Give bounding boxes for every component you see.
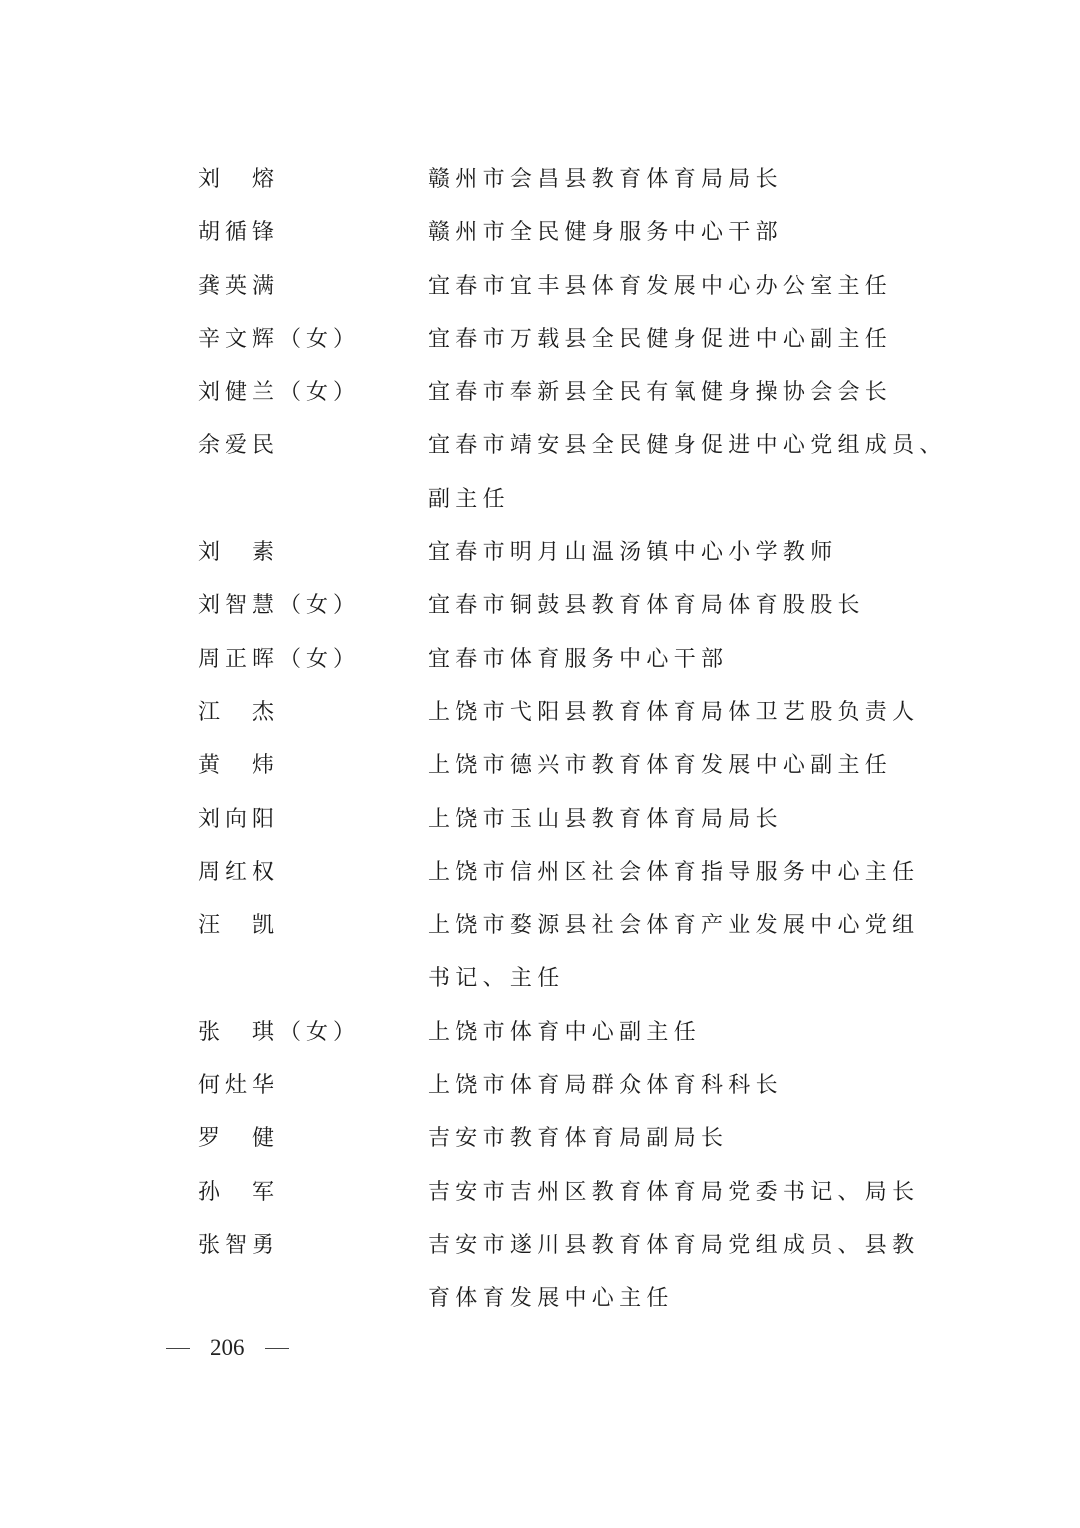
person-name: 周正晖（女） — [198, 633, 360, 686]
person-name: 刘 素 — [198, 526, 279, 579]
document-page: 刘 熔赣州市会昌县教育体育局局长胡循锋赣州市全民健身服务中心干部龚英满宜春市宜丰… — [0, 0, 1080, 1528]
entry-line: 刘智慧（女）宜春市铜鼓县教育体育局体育股股长 — [0, 579, 1080, 632]
person-name: 张 琪（女） — [198, 1006, 360, 1059]
entry-line: 龚英满宜春市宜丰县体育发展中心办公室主任 — [0, 260, 1080, 313]
entry-line: 刘健兰（女）宜春市奉新县全民有氧健身操协会会长 — [0, 366, 1080, 419]
person-position: 育体育发展中心主任 — [428, 1272, 674, 1325]
person-position: 上饶市弋阳县教育体育局体卫艺股负责人 — [428, 686, 919, 739]
list-item: 汪 凯上饶市婺源县社会体育产业发展中心党组书记、主任 — [0, 899, 1080, 1006]
list-item: 周红权上饶市信州区社会体育指导服务中心主任 — [0, 846, 1080, 899]
entry-line: 胡循锋赣州市全民健身服务中心干部 — [0, 206, 1080, 259]
entry-line: 何灶华上饶市体育局群众体育科科长 — [0, 1059, 1080, 1112]
list-item: 孙 军吉安市吉州区教育体育局党委书记、局长 — [0, 1166, 1080, 1219]
list-item: 何灶华上饶市体育局群众体育科科长 — [0, 1059, 1080, 1112]
person-name: 刘健兰（女） — [198, 366, 360, 419]
person-name: 汪 凯 — [198, 899, 279, 952]
list-item: 龚英满宜春市宜丰县体育发展中心办公室主任 — [0, 260, 1080, 313]
list-item: 刘健兰（女）宜春市奉新县全民有氧健身操协会会长 — [0, 366, 1080, 419]
list-item: 刘 素宜春市明月山温汤镇中心小学教师 — [0, 526, 1080, 579]
list-item: 张 琪（女）上饶市体育中心副主任 — [0, 1006, 1080, 1059]
person-name: 刘 熔 — [198, 153, 279, 206]
person-position: 吉安市遂川县教育体育局党组成员、县教 — [428, 1219, 919, 1272]
list-item: 刘智慧（女）宜春市铜鼓县教育体育局体育股股长 — [0, 579, 1080, 632]
person-position: 宜春市靖安县全民健身促进中心党组成员、 — [428, 419, 947, 472]
list-item: 周正晖（女）宜春市体育服务中心干部 — [0, 633, 1080, 686]
person-name: 江 杰 — [198, 686, 279, 739]
person-name: 黄 炜 — [198, 739, 279, 792]
list-item: 余爱民宜春市靖安县全民健身促进中心党组成员、副主任 — [0, 419, 1080, 526]
page-footer: 206 — [166, 1333, 289, 1363]
person-position: 副主任 — [428, 473, 510, 526]
person-position: 宜春市铜鼓县教育体育局体育股股长 — [428, 579, 865, 632]
person-name: 周红权 — [198, 846, 279, 899]
person-position: 宜春市体育服务中心干部 — [428, 633, 728, 686]
entry-line: 孙 军吉安市吉州区教育体育局党委书记、局长 — [0, 1166, 1080, 1219]
entry-line: 育体育发展中心主任 — [0, 1272, 1080, 1325]
person-position: 宜春市万载县全民健身促进中心副主任 — [428, 313, 892, 366]
entry-line: 刘 素宜春市明月山温汤镇中心小学教师 — [0, 526, 1080, 579]
person-name: 孙 军 — [198, 1166, 279, 1219]
person-name: 龚英满 — [198, 260, 279, 313]
footer-dash-left — [166, 1348, 190, 1349]
person-name: 张智勇 — [198, 1219, 279, 1272]
entry-line: 刘向阳上饶市玉山县教育体育局局长 — [0, 793, 1080, 846]
person-position: 赣州市全民健身服务中心干部 — [428, 206, 783, 259]
entry-line: 刘 熔赣州市会昌县教育体育局局长 — [0, 153, 1080, 206]
entry-line: 汪 凯上饶市婺源县社会体育产业发展中心党组 — [0, 899, 1080, 952]
list-item: 辛文辉（女）宜春市万载县全民健身促进中心副主任 — [0, 313, 1080, 366]
person-name: 辛文辉（女） — [198, 313, 360, 366]
person-position: 宜春市明月山温汤镇中心小学教师 — [428, 526, 838, 579]
person-position: 赣州市会昌县教育体育局局长 — [428, 153, 783, 206]
entry-line: 副主任 — [0, 473, 1080, 526]
personnel-list: 刘 熔赣州市会昌县教育体育局局长胡循锋赣州市全民健身服务中心干部龚英满宜春市宜丰… — [0, 153, 1080, 1326]
entry-line: 余爱民宜春市靖安县全民健身促进中心党组成员、 — [0, 419, 1080, 472]
entry-line: 张智勇吉安市遂川县教育体育局党组成员、县教 — [0, 1219, 1080, 1272]
person-position: 上饶市玉山县教育体育局局长 — [428, 793, 783, 846]
entry-line: 辛文辉（女）宜春市万载县全民健身促进中心副主任 — [0, 313, 1080, 366]
list-item: 黄 炜上饶市德兴市教育体育发展中心副主任 — [0, 739, 1080, 792]
list-item: 刘向阳上饶市玉山县教育体育局局长 — [0, 793, 1080, 846]
person-position: 吉安市吉州区教育体育局党委书记、局长 — [428, 1166, 919, 1219]
person-position: 上饶市婺源县社会体育产业发展中心党组 — [428, 899, 919, 952]
person-name: 胡循锋 — [198, 206, 279, 259]
footer-dash-right — [265, 1348, 289, 1349]
entry-line: 周正晖（女）宜春市体育服务中心干部 — [0, 633, 1080, 686]
person-position: 书记、主任 — [428, 952, 565, 1005]
person-position: 上饶市体育局群众体育科科长 — [428, 1059, 783, 1112]
page-number: 206 — [210, 1333, 245, 1363]
entry-line: 江 杰上饶市弋阳县教育体育局体卫艺股负责人 — [0, 686, 1080, 739]
person-name: 何灶华 — [198, 1059, 279, 1112]
entry-line: 罗 健吉安市教育体育局副局长 — [0, 1112, 1080, 1165]
person-position: 上饶市体育中心副主任 — [428, 1006, 701, 1059]
list-item: 胡循锋赣州市全民健身服务中心干部 — [0, 206, 1080, 259]
person-position: 上饶市德兴市教育体育发展中心副主任 — [428, 739, 892, 792]
entry-line: 黄 炜上饶市德兴市教育体育发展中心副主任 — [0, 739, 1080, 792]
person-name: 刘智慧（女） — [198, 579, 360, 632]
list-item: 罗 健吉安市教育体育局副局长 — [0, 1112, 1080, 1165]
person-position: 宜春市宜丰县体育发展中心办公室主任 — [428, 260, 892, 313]
person-position: 宜春市奉新县全民有氧健身操协会会长 — [428, 366, 892, 419]
person-position: 上饶市信州区社会体育指导服务中心主任 — [428, 846, 919, 899]
entry-line: 书记、主任 — [0, 952, 1080, 1005]
list-item: 张智勇吉安市遂川县教育体育局党组成员、县教育体育发展中心主任 — [0, 1219, 1080, 1326]
person-name: 刘向阳 — [198, 793, 279, 846]
entry-line: 张 琪（女）上饶市体育中心副主任 — [0, 1006, 1080, 1059]
list-item: 江 杰上饶市弋阳县教育体育局体卫艺股负责人 — [0, 686, 1080, 739]
list-item: 刘 熔赣州市会昌县教育体育局局长 — [0, 153, 1080, 206]
person-name: 余爱民 — [198, 419, 279, 472]
person-name: 罗 健 — [198, 1112, 279, 1165]
entry-line: 周红权上饶市信州区社会体育指导服务中心主任 — [0, 846, 1080, 899]
person-position: 吉安市教育体育局副局长 — [428, 1112, 728, 1165]
